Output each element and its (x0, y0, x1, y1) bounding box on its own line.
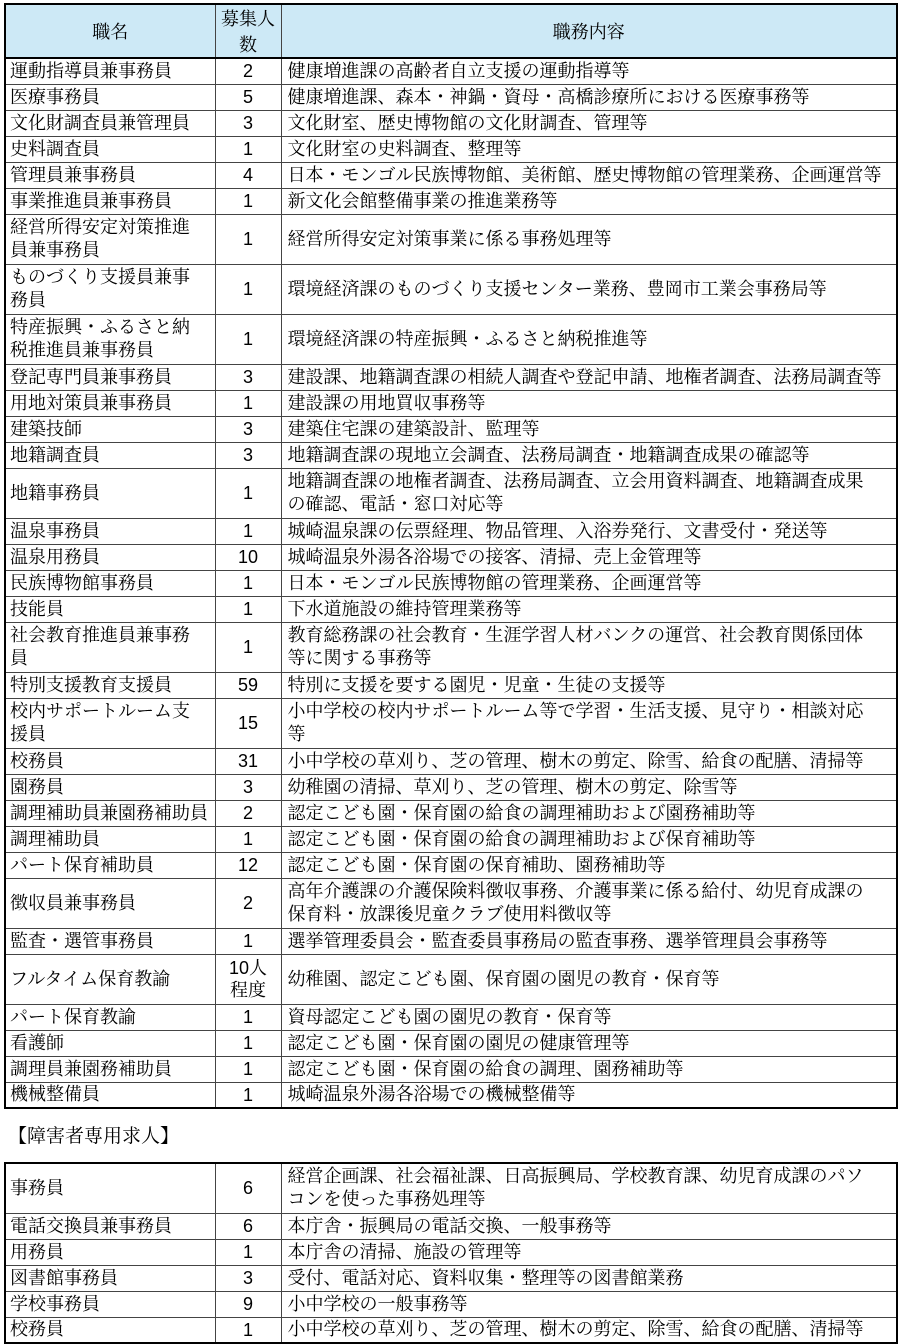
recruit-count-cell: 4 (215, 162, 281, 188)
job-title-cell: 温泉事務員 (5, 518, 215, 544)
header-cell-recruit-count: 募集人数 (215, 4, 281, 58)
job-description-cell: 高年介護課の介護保険料徴収事務、介護事業に係る給付、幼児育成課の 保育料・放課後… (281, 878, 897, 928)
table-row: 図書館事務員3受付、電話対応、資料収集・整理等の図書館業務 (5, 1265, 897, 1291)
job-description-cell: 認定こども園・保育園の園児の健康管理等 (281, 1030, 897, 1056)
job-title-cell: 園務員 (5, 774, 215, 800)
table-row: 徴収員兼事務員2高年介護課の介護保険料徴収事務、介護事業に係る給付、幼児育成課の… (5, 878, 897, 928)
job-description-cell: 認定こども園・保育園の給食の調理補助および保育補助等 (281, 826, 897, 852)
recruit-count-cell: 1 (215, 214, 281, 264)
recruit-count-cell: 1 (215, 1082, 281, 1108)
recruit-count-cell: 1 (215, 570, 281, 596)
job-title-cell: 経営所得安定対策推進 員兼事務員 (5, 214, 215, 264)
table-row: 医療事務員5健康増進課、森本・神鍋・資母・高橋診療所における医療事務等 (5, 84, 897, 110)
job-description-cell: 健康増進課、森本・神鍋・資母・高橋診療所における医療事務等 (281, 84, 897, 110)
header-cell-job-description: 職務内容 (281, 4, 897, 58)
job-title-cell: 地籍調査員 (5, 442, 215, 468)
recruit-count-cell: 10 (215, 544, 281, 570)
job-description-cell: 経営所得安定対策事業に係る事務処理等 (281, 214, 897, 264)
recruit-count-cell: 2 (215, 800, 281, 826)
table-row: 調理員兼園務補助員1認定こども園・保育園の給食の調理、園務補助等 (5, 1056, 897, 1082)
jobs-table: 職名 募集人数 職務内容 運動指導員兼事務員2健康増進課の高齢者自立支援の運動指… (4, 3, 898, 1109)
table-row: 校務員31小中学校の草刈り、芝の管理、樹木の剪定、除雪、給食の配膳、清掃等 (5, 748, 897, 774)
recruit-count-cell: 1 (215, 622, 281, 672)
job-title-cell: ものづくり支援員兼事 務員 (5, 264, 215, 314)
table-row: 登記専門員兼事務員3建設課、地籍調査課の相続人調査や登記申請、地権者調査、法務局… (5, 364, 897, 390)
recruit-count-cell: 1 (215, 928, 281, 954)
table-row: 温泉用務員10城崎温泉外湯各浴場での接客、清掃、売上金管理等 (5, 544, 897, 570)
job-title-cell: 医療事務員 (5, 84, 215, 110)
table-row: 調理補助員1認定こども園・保育園の給食の調理補助および保育補助等 (5, 826, 897, 852)
recruit-count-cell: 6 (215, 1213, 281, 1239)
job-description-cell: 文化財室、歴史博物館の文化財調査、管理等 (281, 110, 897, 136)
job-title-cell: 用地対策員兼事務員 (5, 390, 215, 416)
recruit-count-cell: 9 (215, 1291, 281, 1317)
recruit-count-cell: 15 (215, 698, 281, 748)
table-row: 管理員兼事務員4日本・モンゴル民族博物館、美術館、歴史博物館の管理業務、企画運営… (5, 162, 897, 188)
table-row: 学校事務員9小中学校の一般事務等 (5, 1291, 897, 1317)
recruit-count-cell: 3 (215, 416, 281, 442)
job-description-cell: 地籍調査課の地権者調査、法務局調査、立会用資料調査、地籍調査成果 の確認、電話・… (281, 468, 897, 518)
job-title-cell: 電話交換員兼事務員 (5, 1213, 215, 1239)
recruit-count-cell: 1 (215, 136, 281, 162)
job-description-cell: 建設課の用地買収事務等 (281, 390, 897, 416)
table-row: 校務員1小中学校の草刈り、芝の管理、樹木の剪定、除雪、給食の配膳、清掃等 (5, 1317, 897, 1343)
table-row: 校内サポートルーム支 援員15小中学校の校内サポートルーム等で学習・生活支援、見… (5, 698, 897, 748)
job-description-cell: 小中学校の校内サポートルーム等で学習・生活支援、見守り・相談対応 等 (281, 698, 897, 748)
recruit-count-cell: 59 (215, 672, 281, 698)
job-description-cell: 城崎温泉外湯各浴場での接客、清掃、売上金管理等 (281, 544, 897, 570)
job-description-cell: 小中学校の草刈り、芝の管理、樹木の剪定、除雪、給食の配膳、清掃等 (281, 748, 897, 774)
job-description-cell: 教育総務課の社会教育・生涯学習人材バンクの運営、社会教育関係団体 等に関する事務… (281, 622, 897, 672)
table-row: ものづくり支援員兼事 務員1環境経済課のものづくり支援センター業務、豊岡市工業会… (5, 264, 897, 314)
recruit-count-cell: 6 (215, 1163, 281, 1213)
header-row: 職名 募集人数 職務内容 (5, 4, 897, 58)
job-title-cell: 史料調査員 (5, 136, 215, 162)
job-title-cell: 校内サポートルーム支 援員 (5, 698, 215, 748)
job-title-cell: パート保育教諭 (5, 1004, 215, 1030)
recruit-count-cell: 1 (215, 518, 281, 544)
job-title-cell: 調理員兼園務補助員 (5, 1056, 215, 1082)
job-title-cell: 図書館事務員 (5, 1265, 215, 1291)
job-title-cell: 文化財調査員兼管理員 (5, 110, 215, 136)
recruit-count-cell: 3 (215, 774, 281, 800)
job-title-cell: 監査・選管事務員 (5, 928, 215, 954)
job-title-cell: 調理補助員 (5, 826, 215, 852)
job-description-cell: 選挙管理委員会・監査委員事務局の監査事務、選挙管理員会事務等 (281, 928, 897, 954)
table-row: 用地対策員兼事務員1建設課の用地買収事務等 (5, 390, 897, 416)
job-description-cell: 小中学校の一般事務等 (281, 1291, 897, 1317)
job-title-cell: 校務員 (5, 748, 215, 774)
job-title-cell: 用務員 (5, 1239, 215, 1265)
table-row: 社会教育推進員兼事務 員1教育総務課の社会教育・生涯学習人材バンクの運営、社会教… (5, 622, 897, 672)
job-description-cell: 地籍調査課の現地立会調査、法務局調査・地籍調査成果の確認等 (281, 442, 897, 468)
table-row: 運動指導員兼事務員2健康増進課の高齢者自立支援の運動指導等 (5, 58, 897, 84)
table-row: 園務員3幼稚園の清掃、草刈り、芝の管理、樹木の剪定、除雪等 (5, 774, 897, 800)
job-title-cell: 学校事務員 (5, 1291, 215, 1317)
job-description-cell: 認定こども園・保育園の保育補助、園務補助等 (281, 852, 897, 878)
disabled-jobs-section-label: 【障害者専用求人】 (8, 1125, 896, 1149)
recruit-count-cell: 1 (215, 188, 281, 214)
job-title-cell: 登記専門員兼事務員 (5, 364, 215, 390)
job-title-cell: 社会教育推進員兼事務 員 (5, 622, 215, 672)
job-title-cell: 運動指導員兼事務員 (5, 58, 215, 84)
recruit-count-cell: 2 (215, 58, 281, 84)
job-description-cell: 小中学校の草刈り、芝の管理、樹木の剪定、除雪、給食の配膳、清掃等 (281, 1317, 897, 1343)
recruit-count-cell: 2 (215, 878, 281, 928)
table-row: 用務員1本庁舎の清掃、施設の管理等 (5, 1239, 897, 1265)
job-description-cell: 建設課、地籍調査課の相続人調査や登記申請、地権者調査、法務局調査等 (281, 364, 897, 390)
job-description-cell: 環境経済課の特産振興・ふるさと納税推進等 (281, 314, 897, 364)
job-title-cell: 看護師 (5, 1030, 215, 1056)
recruit-count-cell: 1 (215, 596, 281, 622)
job-description-cell: 日本・モンゴル民族博物館の管理業務、企画運営等 (281, 570, 897, 596)
job-description-cell: 認定こども園・保育園の給食の調理補助および園務補助等 (281, 800, 897, 826)
recruit-count-cell: 1 (215, 264, 281, 314)
table-row: 看護師1認定こども園・保育園の園児の健康管理等 (5, 1030, 897, 1056)
recruit-count-cell: 1 (215, 1030, 281, 1056)
table-row: 調理補助員兼園務補助員2認定こども園・保育園の給食の調理補助および園務補助等 (5, 800, 897, 826)
job-description-cell: 特別に支援を要する園児・児童・生徒の支援等 (281, 672, 897, 698)
job-title-cell: 徴収員兼事務員 (5, 878, 215, 928)
recruit-count-cell: 3 (215, 364, 281, 390)
job-title-cell: 事業推進員兼事務員 (5, 188, 215, 214)
table-row: 機械整備員1城崎温泉外湯各浴場での機械整備等 (5, 1082, 897, 1108)
recruit-count-cell: 1 (215, 1004, 281, 1030)
job-title-cell: 建築技師 (5, 416, 215, 442)
disabled-jobs-table: 事務員6経営企画課、社会福祉課、日高振興局、学校教育課、幼児育成課のパソ コンを… (4, 1162, 898, 1344)
table-row: パート保育教諭1資母認定こども園の園児の教育・保育等 (5, 1004, 897, 1030)
recruit-count-cell: 1 (215, 468, 281, 518)
job-description-cell: 文化財室の史料調査、整理等 (281, 136, 897, 162)
recruit-count-cell: 1 (215, 390, 281, 416)
job-title-cell: 調理補助員兼園務補助員 (5, 800, 215, 826)
job-title-cell: 民族博物館事務員 (5, 570, 215, 596)
recruit-count-cell: 1 (215, 1239, 281, 1265)
job-description-cell: 城崎温泉課の伝票経理、物品管理、入浴券発行、文書受付・発送等 (281, 518, 897, 544)
job-description-cell: 下水道施設の維持管理業務等 (281, 596, 897, 622)
job-description-cell: 資母認定こども園の園児の教育・保育等 (281, 1004, 897, 1030)
table-row: フルタイム保育教諭10人 程度幼稚園、認定こども園、保育園の園児の教育・保育等 (5, 954, 897, 1004)
table-row: 経営所得安定対策推進 員兼事務員1経営所得安定対策事業に係る事務処理等 (5, 214, 897, 264)
job-description-cell: 認定こども園・保育園の給食の調理、園務補助等 (281, 1056, 897, 1082)
job-title-cell: 温泉用務員 (5, 544, 215, 570)
table-row: 監査・選管事務員1選挙管理委員会・監査委員事務局の監査事務、選挙管理員会事務等 (5, 928, 897, 954)
table-row: 電話交換員兼事務員6本庁舎・振興局の電話交換、一般事務等 (5, 1213, 897, 1239)
recruit-count-cell: 5 (215, 84, 281, 110)
recruit-count-cell: 1 (215, 826, 281, 852)
job-title-cell: 特別支援教育支援員 (5, 672, 215, 698)
recruit-count-cell: 3 (215, 1265, 281, 1291)
job-description-cell: 健康増進課の高齢者自立支援の運動指導等 (281, 58, 897, 84)
job-description-cell: 幼稚園の清掃、草刈り、芝の管理、樹木の剪定、除雪等 (281, 774, 897, 800)
table-row: 民族博物館事務員1日本・モンゴル民族博物館の管理業務、企画運営等 (5, 570, 897, 596)
table-row: 特別支援教育支援員59特別に支援を要する園児・児童・生徒の支援等 (5, 672, 897, 698)
job-title-cell: パート保育補助員 (5, 852, 215, 878)
job-title-cell: 機械整備員 (5, 1082, 215, 1108)
recruit-count-cell: 1 (215, 1317, 281, 1343)
job-description-cell: 本庁舎の清掃、施設の管理等 (281, 1239, 897, 1265)
table-row: 建築技師3建築住宅課の建築設計、監理等 (5, 416, 897, 442)
job-title-cell: 事務員 (5, 1163, 215, 1213)
recruit-count-cell: 12 (215, 852, 281, 878)
recruit-count-cell: 1 (215, 314, 281, 364)
table-row: 事務員6経営企画課、社会福祉課、日高振興局、学校教育課、幼児育成課のパソ コンを… (5, 1163, 897, 1213)
job-description-cell: 城崎温泉外湯各浴場での機械整備等 (281, 1082, 897, 1108)
job-description-cell: 日本・モンゴル民族博物館、美術館、歴史博物館の管理業務、企画運営等 (281, 162, 897, 188)
table-row: 地籍調査員3地籍調査課の現地立会調査、法務局調査・地籍調査成果の確認等 (5, 442, 897, 468)
job-description-cell: 受付、電話対応、資料収集・整理等の図書館業務 (281, 1265, 897, 1291)
table-row: 事業推進員兼事務員1新文化会館整備事業の推進業務等 (5, 188, 897, 214)
table-row: パート保育補助員12認定こども園・保育園の保育補助、園務補助等 (5, 852, 897, 878)
job-description-cell: 本庁舎・振興局の電話交換、一般事務等 (281, 1213, 897, 1239)
table-row: 地籍事務員1地籍調査課の地権者調査、法務局調査、立会用資料調査、地籍調査成果 の… (5, 468, 897, 518)
job-title-cell: フルタイム保育教諭 (5, 954, 215, 1004)
job-title-cell: 校務員 (5, 1317, 215, 1343)
table-row: 特産振興・ふるさと納 税推進員兼事務員1環境経済課の特産振興・ふるさと納税推進等 (5, 314, 897, 364)
recruit-count-cell: 3 (215, 442, 281, 468)
table-row: 温泉事務員1城崎温泉課の伝票経理、物品管理、入浴券発行、文書受付・発送等 (5, 518, 897, 544)
job-description-cell: 経営企画課、社会福祉課、日高振興局、学校教育課、幼児育成課のパソ コンを使った事… (281, 1163, 897, 1213)
recruit-count-cell: 3 (215, 110, 281, 136)
job-description-cell: 建築住宅課の建築設計、監理等 (281, 416, 897, 442)
page: 職名 募集人数 職務内容 運動指導員兼事務員2健康増進課の高齢者自立支援の運動指… (0, 0, 900, 1344)
table-row: 史料調査員1文化財室の史料調査、整理等 (5, 136, 897, 162)
recruit-count-cell: 10人 程度 (215, 954, 281, 1004)
recruit-count-cell: 1 (215, 1056, 281, 1082)
table-row: 技能員1下水道施設の維持管理業務等 (5, 596, 897, 622)
job-description-cell: 幼稚園、認定こども園、保育園の園児の教育・保育等 (281, 954, 897, 1004)
job-description-cell: 環境経済課のものづくり支援センター業務、豊岡市工業会事務局等 (281, 264, 897, 314)
job-title-cell: 特産振興・ふるさと納 税推進員兼事務員 (5, 314, 215, 364)
job-description-cell: 新文化会館整備事業の推進業務等 (281, 188, 897, 214)
header-cell-job-title: 職名 (5, 4, 215, 58)
table-row: 文化財調査員兼管理員3文化財室、歴史博物館の文化財調査、管理等 (5, 110, 897, 136)
recruit-count-cell: 31 (215, 748, 281, 774)
job-title-cell: 管理員兼事務員 (5, 162, 215, 188)
job-title-cell: 技能員 (5, 596, 215, 622)
job-title-cell: 地籍事務員 (5, 468, 215, 518)
